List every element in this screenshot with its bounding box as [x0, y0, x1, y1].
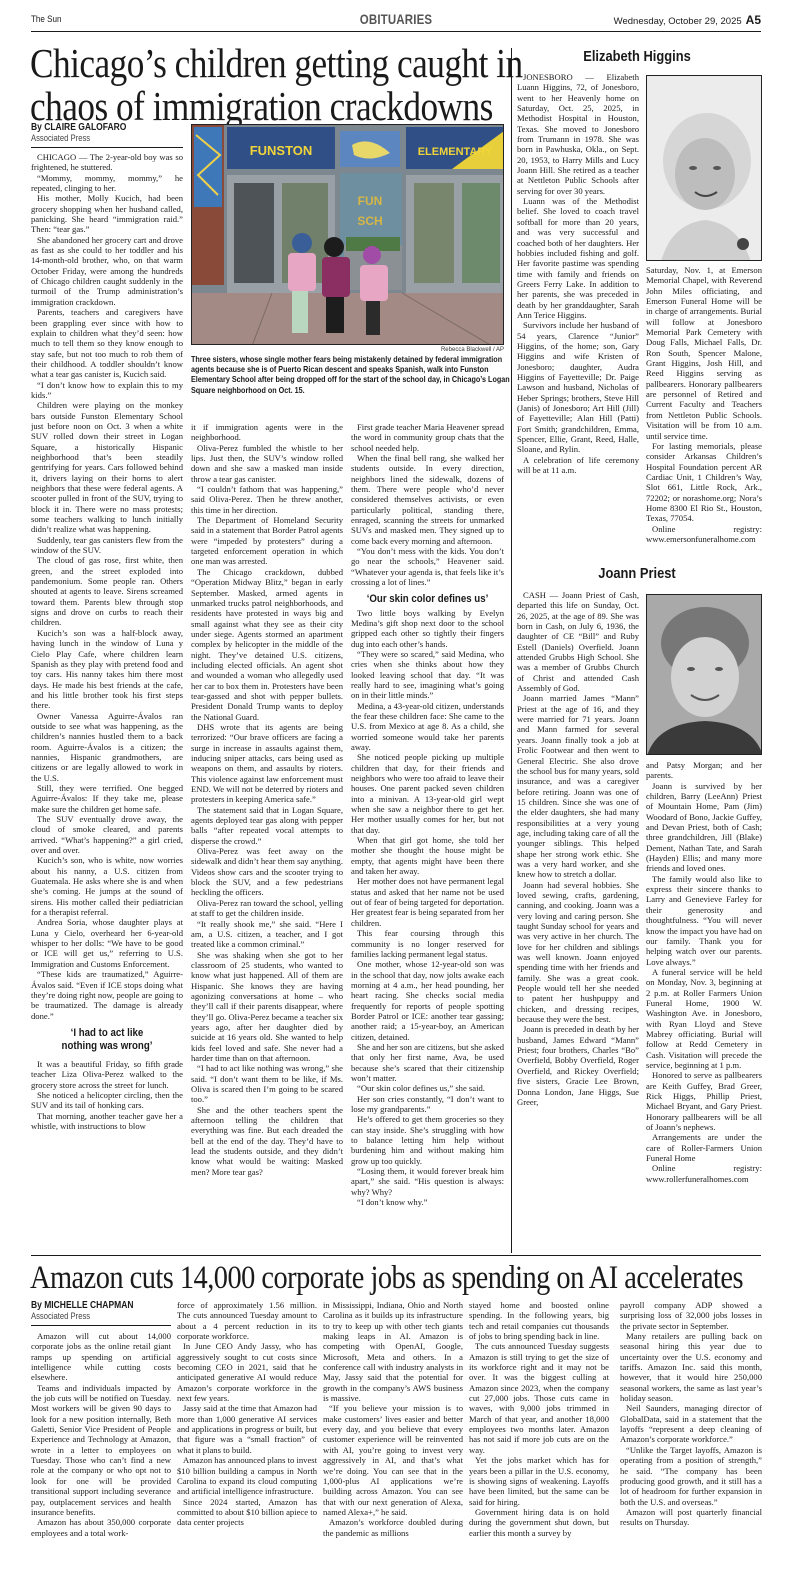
- paragraph: Survivors include her husband of 54 year…: [517, 320, 639, 454]
- paragraph: Her son cries constantly, “I don’t want …: [351, 1094, 504, 1115]
- page-number: A5: [746, 13, 761, 27]
- paragraph: Two little boys walking by Evelyn Medina…: [351, 608, 504, 649]
- priest-column-a: CASH — Joann Priest of Cash, departed th…: [517, 590, 639, 1250]
- paragraph: The cuts announced Tuesday suggests Amaz…: [469, 1341, 609, 1455]
- photo-caption: Three sisters, whose single mother fears…: [191, 355, 517, 396]
- amazon-byline-block: By MICHELLE CHAPMAN Associated Press: [31, 1300, 171, 1326]
- paragraph: Many retailers are pulling back on seaso…: [620, 1331, 762, 1403]
- paragraph: stayed home and boosted online spending.…: [469, 1300, 609, 1341]
- paragraph: “I don’t know why.”: [351, 1197, 504, 1207]
- paragraph: He’s offered to get them groceries so th…: [351, 1114, 504, 1166]
- agency: Associated Press: [31, 133, 160, 143]
- paragraph: “Losing them, it would forever break him…: [351, 1166, 504, 1197]
- higgins-photo-image: [647, 76, 762, 261]
- chicago-headline: Chicago’s children getting caught in cha…: [30, 42, 523, 128]
- byline-rule: [31, 147, 183, 148]
- subhead-line-2: nothing was wrong’: [40, 1040, 174, 1053]
- column-divider: [511, 48, 512, 1253]
- priest-column-b: and Patsy Morgan; and her parents. Joann…: [646, 760, 762, 1250]
- paragraph: Still, they were terrified. One begged A…: [31, 783, 183, 814]
- school-photo: FUNSTON ELEMENTARY FUN SCH: [191, 124, 504, 345]
- paragraph: Since 2024 started, Amazon has committed…: [177, 1497, 317, 1528]
- paragraph: JONESBORO — Elizabeth Luann Higgins, 72,…: [517, 72, 639, 196]
- paragraph: “Unlike the Target layoffs, Amazon is op…: [620, 1445, 762, 1507]
- paragraph: Her mother does not have permanent legal…: [351, 876, 504, 928]
- paragraph: When that girl got home, she told her mo…: [351, 835, 504, 876]
- subhead-line-1: ‘I had to act like: [40, 1027, 174, 1040]
- photo-credit: Rebecca Blackwell / AP: [380, 347, 504, 353]
- paragraph: A celebration of life ceremony will be a…: [517, 455, 639, 476]
- paragraph: It was a beautiful Friday, so fifth grad…: [31, 1059, 183, 1090]
- paragraph: A funeral service will be held on Monday…: [646, 967, 762, 1070]
- paragraph: She noticed a helicopter circling, then …: [31, 1090, 183, 1111]
- paragraph: When the final bell rang, she walked her…: [351, 453, 504, 546]
- amazon-column-4: stayed home and boosted online spending.…: [469, 1300, 609, 1584]
- paragraph: She noticed people picking up multiple c…: [351, 752, 504, 835]
- paragraph: Amazon will cut about 14,000 corporate j…: [31, 1331, 171, 1383]
- paragraph: Kucich’s son was a half-block away, havi…: [31, 628, 183, 711]
- svg-text:SCH: SCH: [357, 214, 382, 228]
- paragraph: Andrea Soria, whose daughter plays at Lu…: [31, 917, 183, 969]
- paragraph: “Mommy, mommy, mommy,” he repeated, clin…: [31, 173, 183, 194]
- paragraph: She and her son are citizens, but she as…: [351, 1042, 504, 1083]
- svg-text:FUN: FUN: [358, 194, 383, 208]
- paragraph: The cloud of gas rose, first white, then…: [31, 555, 183, 627]
- paragraph: “If you believe your mission is to make …: [323, 1403, 463, 1517]
- paragraph: Joann is survived by her children, Barry…: [646, 781, 762, 874]
- paragraph: Teams and individuals impacted by the jo…: [31, 1383, 171, 1517]
- subhead-act-like-nothing-wrong: ‘I had to act like nothing was wrong’: [40, 1027, 174, 1053]
- chicago-column-2: it if immigration agents were in the nei…: [191, 422, 343, 1252]
- paragraph: Saturday, Nov. 1, at Emerson Memorial Ch…: [646, 265, 762, 441]
- byline-rule: [31, 1325, 171, 1326]
- paragraph: Children were playing on the monkey bars…: [31, 400, 183, 534]
- paper-name: The Sun: [31, 14, 62, 25]
- paragraph: Arrangements are under the care of Rolle…: [646, 1132, 762, 1163]
- paragraph: She abandoned her grocery cart and drove…: [31, 235, 183, 307]
- paragraph: and Patsy Morgan; and her parents.: [646, 760, 762, 781]
- paragraph: One mother, whose 12-year-old son was in…: [351, 959, 504, 1042]
- paragraph: She and the other teachers spent the aft…: [191, 1105, 343, 1177]
- paragraph: His mother, Molly Kucich, had been groce…: [31, 193, 183, 234]
- amazon-column-5: payroll company ADP showed a surprising …: [620, 1300, 762, 1584]
- paragraph: She was shaking when she got to her clas…: [191, 950, 343, 1064]
- subhead-skin-color: ‘Our skin color defines us’: [360, 593, 495, 606]
- paragraph: “I don’t know how to explain this to my …: [31, 380, 183, 401]
- obituary-name-higgins: Elizabeth Higgins: [530, 48, 745, 65]
- paragraph: Oliva-Perez fumbled the whistle to her l…: [191, 443, 343, 484]
- paragraph: in Mississippi, Indiana, Ohio and North …: [323, 1300, 463, 1403]
- obituary-name-priest: Joann Priest: [530, 565, 745, 582]
- paragraph: “Our skin color defines us,” she said.: [351, 1083, 504, 1093]
- chicago-column-3: First grade teacher Maria Heavener sprea…: [351, 422, 504, 1252]
- paragraph: This fear coursing through this communit…: [351, 928, 504, 959]
- paragraph: The family would also like to express th…: [646, 874, 762, 967]
- paragraph: That morning, another teacher gave her a…: [31, 1111, 183, 1132]
- paragraph: Kucich’s son, who is white, now worries …: [31, 855, 183, 917]
- priest-portrait: [646, 594, 762, 755]
- paragraph: Amazon’s workforce doubled during the pa…: [323, 1517, 463, 1538]
- amazon-column-3: in Mississippi, Indiana, Ohio and North …: [323, 1300, 463, 1584]
- paragraph: In June CEO Andy Jassy, who has aggressi…: [177, 1341, 317, 1403]
- paragraph: CHICAGO — The 2-year-old boy was so frig…: [31, 152, 183, 173]
- headline-line-1: Chicago’s children getting caught in: [30, 42, 523, 85]
- byline: By CLAIRE GALOFARO: [31, 122, 160, 133]
- paragraph: payroll company ADP showed a surprising …: [620, 1300, 762, 1331]
- issue-date: Wednesday, October 29, 2025: [614, 16, 742, 27]
- paragraph: Joann is preceded in death by her husban…: [517, 1024, 639, 1107]
- paragraph: Oliva-Perez was feet away on the sidewal…: [191, 846, 343, 898]
- paragraph: “They were so scared,” said Medina, who …: [351, 649, 504, 701]
- higgins-column-b: Saturday, Nov. 1, at Emerson Memorial Ch…: [646, 265, 762, 555]
- paragraph: “It really shook me,” she said. “Here I …: [191, 919, 343, 950]
- paragraph: The Chicago crackdown, dubbed “Operation…: [191, 567, 343, 722]
- paragraph: The Department of Homeland Security said…: [191, 515, 343, 567]
- paragraph: Amazon has about 350,000 corporate emplo…: [31, 1517, 171, 1538]
- paragraph: First grade teacher Maria Heavener sprea…: [351, 422, 504, 453]
- paragraph: For lasting memorials, please consider A…: [646, 441, 762, 524]
- paragraph: “These kids are traumatized,” Aguirre-Áv…: [31, 969, 183, 1021]
- amazon-column-1: Amazon will cut about 14,000 corporate j…: [31, 1331, 171, 1584]
- paragraph: “You don’t mess with the kids. You don’t…: [351, 546, 504, 587]
- amazon-column-2: force of approximately 1.56 million. The…: [177, 1300, 317, 1584]
- paragraph: Suddenly, tear gas canisters flew from t…: [31, 535, 183, 556]
- paragraph: Government hiring data is on hold during…: [469, 1507, 609, 1538]
- paragraph: Luann was of the Methodist belief. She l…: [517, 196, 639, 320]
- paragraph: Neil Saunders, managing director of Glob…: [620, 1403, 762, 1444]
- svg-text:FUNSTON: FUNSTON: [250, 143, 313, 158]
- paragraph: Parents, teachers and caregivers have be…: [31, 307, 183, 379]
- paragraph: DHS wrote that its agents are being terr…: [191, 722, 343, 805]
- higgins-portrait: [646, 75, 762, 261]
- paragraph: Jassy said at the time that Amazon had m…: [177, 1403, 317, 1455]
- paragraph: Oliva-Perez ran toward the school, yelli…: [191, 898, 343, 919]
- higgins-column-a: JONESBORO — Elizabeth Luann Higgins, 72,…: [517, 72, 639, 552]
- paragraph: Amazon has announced plans to invest $10…: [177, 1455, 317, 1496]
- priest-photo-image: [647, 595, 762, 755]
- svg-text:ELEMENTARY: ELEMENTARY: [418, 146, 493, 158]
- paragraph: CASH — Joann Priest of Cash, departed th…: [517, 590, 639, 693]
- paragraph: it if immigration agents were in the nei…: [191, 422, 343, 443]
- section-rule: [31, 1255, 761, 1256]
- agency: Associated Press: [31, 1311, 150, 1321]
- paragraph: Joann married James “Mann” Priest at the…: [517, 693, 639, 879]
- paragraph: Joann had several hobbies. She loved sew…: [517, 880, 639, 1025]
- paragraph: Owner Vanessa Aguirre-Ávalos ran outside…: [31, 711, 183, 783]
- paragraph: Yet the jobs market which has for years …: [469, 1455, 609, 1507]
- paragraph: “I had to act like nothing was wrong,” s…: [191, 1063, 343, 1104]
- paragraph: Online registry: www.emersonfuneralhome.…: [646, 524, 762, 545]
- paragraph: The SUV eventually drove away, the cloud…: [31, 814, 183, 855]
- school-entrance-image: FUNSTON ELEMENTARY FUN SCH: [192, 125, 504, 345]
- paragraph: Online registry: www.rollerfuneralhomes.…: [646, 1163, 762, 1184]
- paragraph: The statement said that in Logan Square,…: [191, 805, 343, 846]
- amazon-headline: Amazon cuts 14,000 corporate jobs as spe…: [30, 1261, 743, 1296]
- masthead-rule: [31, 31, 761, 32]
- paragraph: “I couldn’t fathom that was happening,” …: [191, 484, 343, 515]
- paragraph: Medina, a 43-year-old citizen, understan…: [351, 701, 504, 753]
- issue-date-and-page: Wednesday, October 29, 2025A5: [614, 13, 761, 27]
- chicago-byline-block: By CLAIRE GALOFARO Associated Press: [31, 122, 183, 148]
- byline: By MICHELLE CHAPMAN: [31, 1300, 150, 1311]
- paragraph: force of approximately 1.56 million. The…: [177, 1300, 317, 1341]
- chicago-column-1: CHICAGO — The 2-year-old boy was so frig…: [31, 152, 183, 1252]
- paragraph: Amazon will post quarterly financial res…: [620, 1507, 762, 1528]
- paragraph: Honored to serve as pallbearers are Keit…: [646, 1070, 762, 1132]
